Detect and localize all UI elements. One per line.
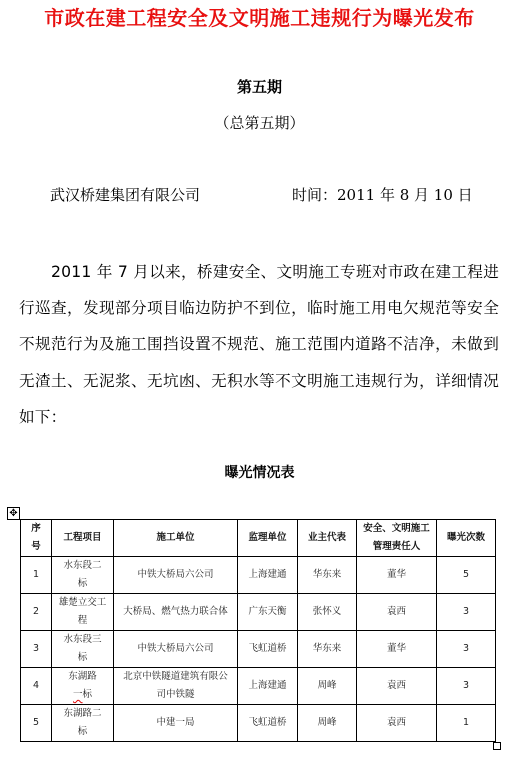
project-name-part: 标 — [83, 689, 93, 700]
cell-supervisor: 上海建通 — [238, 557, 298, 594]
cell-supervisor: 广东天衡 — [238, 594, 298, 631]
header-no: 序号 — [21, 520, 52, 557]
header-count: 曝光次数 — [437, 520, 496, 557]
table-row: 5 东湖路二标 中建一局 飞虹道桥 周峰 袁西 1 — [21, 705, 496, 742]
issue-number: 第五期 — [0, 77, 519, 97]
cell-no: 2 — [21, 594, 52, 631]
cell-supervisor: 上海建通 — [238, 668, 298, 705]
cell-responsible: 袁西 — [357, 668, 437, 705]
cell-no: 4 — [21, 668, 52, 705]
cell-no: 1 — [21, 557, 52, 594]
publish-time: 时间：2011 年 8 月 10 日 — [292, 184, 473, 206]
cell-project: 东湖路二标 — [52, 705, 114, 742]
table-resize-handle[interactable] — [493, 742, 501, 750]
cell-supervisor: 飞虹道桥 — [238, 631, 298, 668]
cell-no: 3 — [21, 631, 52, 668]
cell-contractor: 北京中铁隧道建筑有限公司中铁隧 — [114, 668, 238, 705]
header-responsible: 安全、文明施工管理责任人 — [357, 520, 437, 557]
cell-project: 水东段三标 — [52, 631, 114, 668]
header-supervisor: 监理单位 — [238, 520, 298, 557]
table-row: 2 雄楚立交工程 大桥局、燃气热力联合体 广东天衡 张怀义 袁西 3 — [21, 594, 496, 631]
cell-count: 1 — [437, 705, 496, 742]
table-header-row: 序号 工程项目 施工单位 监理单位 业主代表 安全、文明施工管理责任人 曝光次数 — [21, 520, 496, 557]
cell-project: 雄楚立交工程 — [52, 594, 114, 631]
spellcheck-flagged-text: 一 — [73, 689, 83, 700]
table-row: 4 东湖路 一标 北京中铁隧道建筑有限公司中铁隧 上海建通 周峰 袁西 3 — [21, 668, 496, 705]
cell-count: 3 — [437, 594, 496, 631]
cell-count: 3 — [437, 668, 496, 705]
cell-project: 东湖路 一标 — [52, 668, 114, 705]
header-owner-rep: 业主代表 — [298, 520, 357, 557]
cell-contractor: 中建一局 — [114, 705, 238, 742]
document-title: 市政在建工程安全及文明施工违规行为曝光发布 — [0, 5, 519, 31]
cell-project: 水东段二标 — [52, 557, 114, 594]
cell-responsible: 董华 — [357, 631, 437, 668]
cell-count: 3 — [437, 631, 496, 668]
header-contractor: 施工单位 — [114, 520, 238, 557]
cell-contractor: 中铁大桥局六公司 — [114, 631, 238, 668]
cell-responsible: 袁西 — [357, 705, 437, 742]
cell-owner-rep: 周峰 — [298, 668, 357, 705]
cell-contractor: 中铁大桥局六公司 — [114, 557, 238, 594]
body-paragraph: 2011 年 7 月以来，桥建安全、文明施工专班对市政在建工程进行巡查，发现部分… — [19, 254, 499, 435]
cell-count: 5 — [437, 557, 496, 594]
exposure-table: 序号 工程项目 施工单位 监理单位 业主代表 安全、文明施工管理责任人 曝光次数… — [20, 519, 496, 742]
cell-no: 5 — [21, 705, 52, 742]
cell-responsible: 袁西 — [357, 594, 437, 631]
cell-owner-rep: 周峰 — [298, 705, 357, 742]
cell-owner-rep: 张怀义 — [298, 594, 357, 631]
cell-contractor: 大桥局、燃气热力联合体 — [114, 594, 238, 631]
cell-owner-rep: 华东来 — [298, 557, 357, 594]
cell-responsible: 董华 — [357, 557, 437, 594]
header-project: 工程项目 — [52, 520, 114, 557]
project-name-part: 东湖路 — [68, 671, 97, 682]
table-row: 1 水东段二标 中铁大桥局六公司 上海建通 华东来 董华 5 — [21, 557, 496, 594]
table-move-handle-icon[interactable]: ✥ — [7, 507, 20, 520]
cell-owner-rep: 华东来 — [298, 631, 357, 668]
cell-supervisor: 飞虹道桥 — [238, 705, 298, 742]
table-row: 3 水东段三标 中铁大桥局六公司 飞虹道桥 华东来 董华 3 — [21, 631, 496, 668]
total-issue-number: （总第五期） — [0, 112, 519, 134]
table-title: 曝光情况表 — [0, 463, 519, 483]
company-name: 武汉桥建集团有限公司 — [50, 184, 200, 206]
